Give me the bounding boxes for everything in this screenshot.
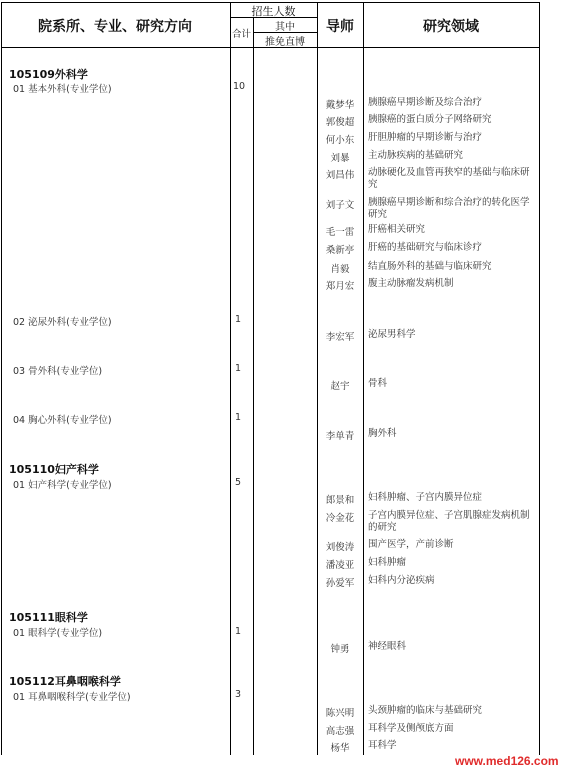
major-label: 02 泌尿外科(专业学位) [13, 314, 112, 328]
header-enroll-label: 招生人数 [230, 3, 317, 19]
header-total-label: 合计 [230, 26, 253, 40]
research-field: 腹主动脉瘤发病机制 [368, 278, 538, 290]
enroll-count: 3 [235, 689, 241, 700]
research-field: 主动脉疾病的基础研究 [368, 150, 538, 162]
research-field: 围产医学，产前诊断 [368, 539, 538, 551]
advisor-name: 李单青 [317, 428, 363, 442]
research-field: 泌尿男科学 [368, 329, 538, 341]
col-border-field [363, 2, 364, 755]
advisor-name: 陈兴明 [317, 705, 363, 719]
dept-heading: 105110妇产科学 [9, 461, 99, 477]
table-left-border [1, 2, 2, 755]
watermark-text: www.med126.com [455, 754, 559, 768]
advisor-name: 杨华 [317, 740, 363, 754]
header-recommended-label: 推免直博 [253, 33, 317, 48]
research-field: 肝癌的基础研究与临床诊疗 [368, 242, 538, 254]
research-field: 神经眼科 [368, 641, 538, 653]
header-field-label: 研究领域 [363, 16, 539, 36]
col-border-major [230, 2, 231, 755]
research-field: 动脉硬化及血管再狭窄的基础与临床研究 [368, 167, 538, 191]
advisor-name: 郑月宏 [317, 278, 363, 292]
advisor-name: 钟勇 [317, 641, 363, 655]
research-field: 妇科内分泌疾病 [368, 575, 538, 587]
major-label: 01 妇产科学(专业学位) [13, 477, 112, 491]
research-field: 肝癌相关研究 [368, 224, 538, 236]
major-label: 03 骨外科(专业学位) [13, 363, 102, 377]
advisor-name: 冷金花 [317, 510, 363, 524]
research-field: 子宫内膜异位症、子宫肌腺症发病机制的研究 [368, 510, 538, 534]
research-field: 胰腺癌的蛋白质分子网络研究 [368, 114, 538, 126]
research-field: 耳科学及侧颅底方面 [368, 723, 538, 735]
advisor-name: 郭俊超 [317, 114, 363, 128]
advisor-name: 高志强 [317, 723, 363, 737]
research-field: 肝胆肿瘤的早期诊断与治疗 [368, 132, 538, 144]
dept-heading: 105109外科学 [9, 66, 88, 82]
enroll-count: 1 [235, 363, 241, 374]
advisor-name: 毛一雷 [317, 224, 363, 238]
major-label: 01 耳鼻咽喉科学(专业学位) [13, 689, 131, 703]
advisor-name: 戴梦华 [317, 97, 363, 111]
enroll-count: 1 [235, 412, 241, 423]
header-among-label: 其中 [253, 18, 317, 33]
research-field: 胰腺癌早期诊断和综合治疗的转化医学研究 [368, 197, 538, 221]
research-field: 妇科肿瘤 [368, 557, 538, 569]
advisor-name: 李宏军 [317, 329, 363, 343]
advisor-name: 潘凌亚 [317, 557, 363, 571]
enroll-count: 10 [233, 81, 245, 92]
research-field: 妇科肿瘤、子宫内膜异位症 [368, 492, 538, 504]
research-field: 头颈肿瘤的临床与基础研究 [368, 705, 538, 717]
research-field: 骨科 [368, 378, 538, 390]
major-label: 04 胸心外科(专业学位) [13, 412, 112, 426]
major-label: 01 基本外科(专业学位) [13, 81, 112, 95]
header-major-label: 院系所、专业、研究方向 [0, 16, 230, 36]
research-field: 结直肠外科的基础与临床研究 [368, 261, 538, 273]
advisor-name: 郎景和 [317, 492, 363, 506]
table-right-border [539, 2, 540, 755]
dept-heading: 105112耳鼻咽喉科学 [9, 673, 121, 689]
enroll-count: 1 [235, 626, 241, 637]
advisor-name: 刘昌伟 [317, 167, 363, 181]
enroll-count: 1 [235, 314, 241, 325]
advisor-name: 桑新亭 [317, 242, 363, 256]
research-field: 胰腺癌早期诊断及综合治疗 [368, 97, 538, 109]
advisor-name: 刘暴 [317, 150, 363, 164]
research-field: 胸外科 [368, 428, 538, 440]
advisor-name: 刘子文 [317, 197, 363, 211]
advisor-name: 孙爱军 [317, 575, 363, 589]
advisor-name: 何小东 [317, 132, 363, 146]
advisor-name: 赵宇 [317, 378, 363, 392]
col-border-total [253, 17, 254, 755]
advisor-name: 肖毅 [317, 261, 363, 275]
dept-heading: 105111眼科学 [9, 609, 88, 625]
enroll-count: 5 [235, 477, 241, 488]
major-label: 01 眼科学(专业学位) [13, 625, 102, 639]
advisor-name: 刘俊涛 [317, 539, 363, 553]
header-advisor-label: 导师 [317, 16, 363, 36]
research-field: 耳科学 [368, 740, 538, 752]
